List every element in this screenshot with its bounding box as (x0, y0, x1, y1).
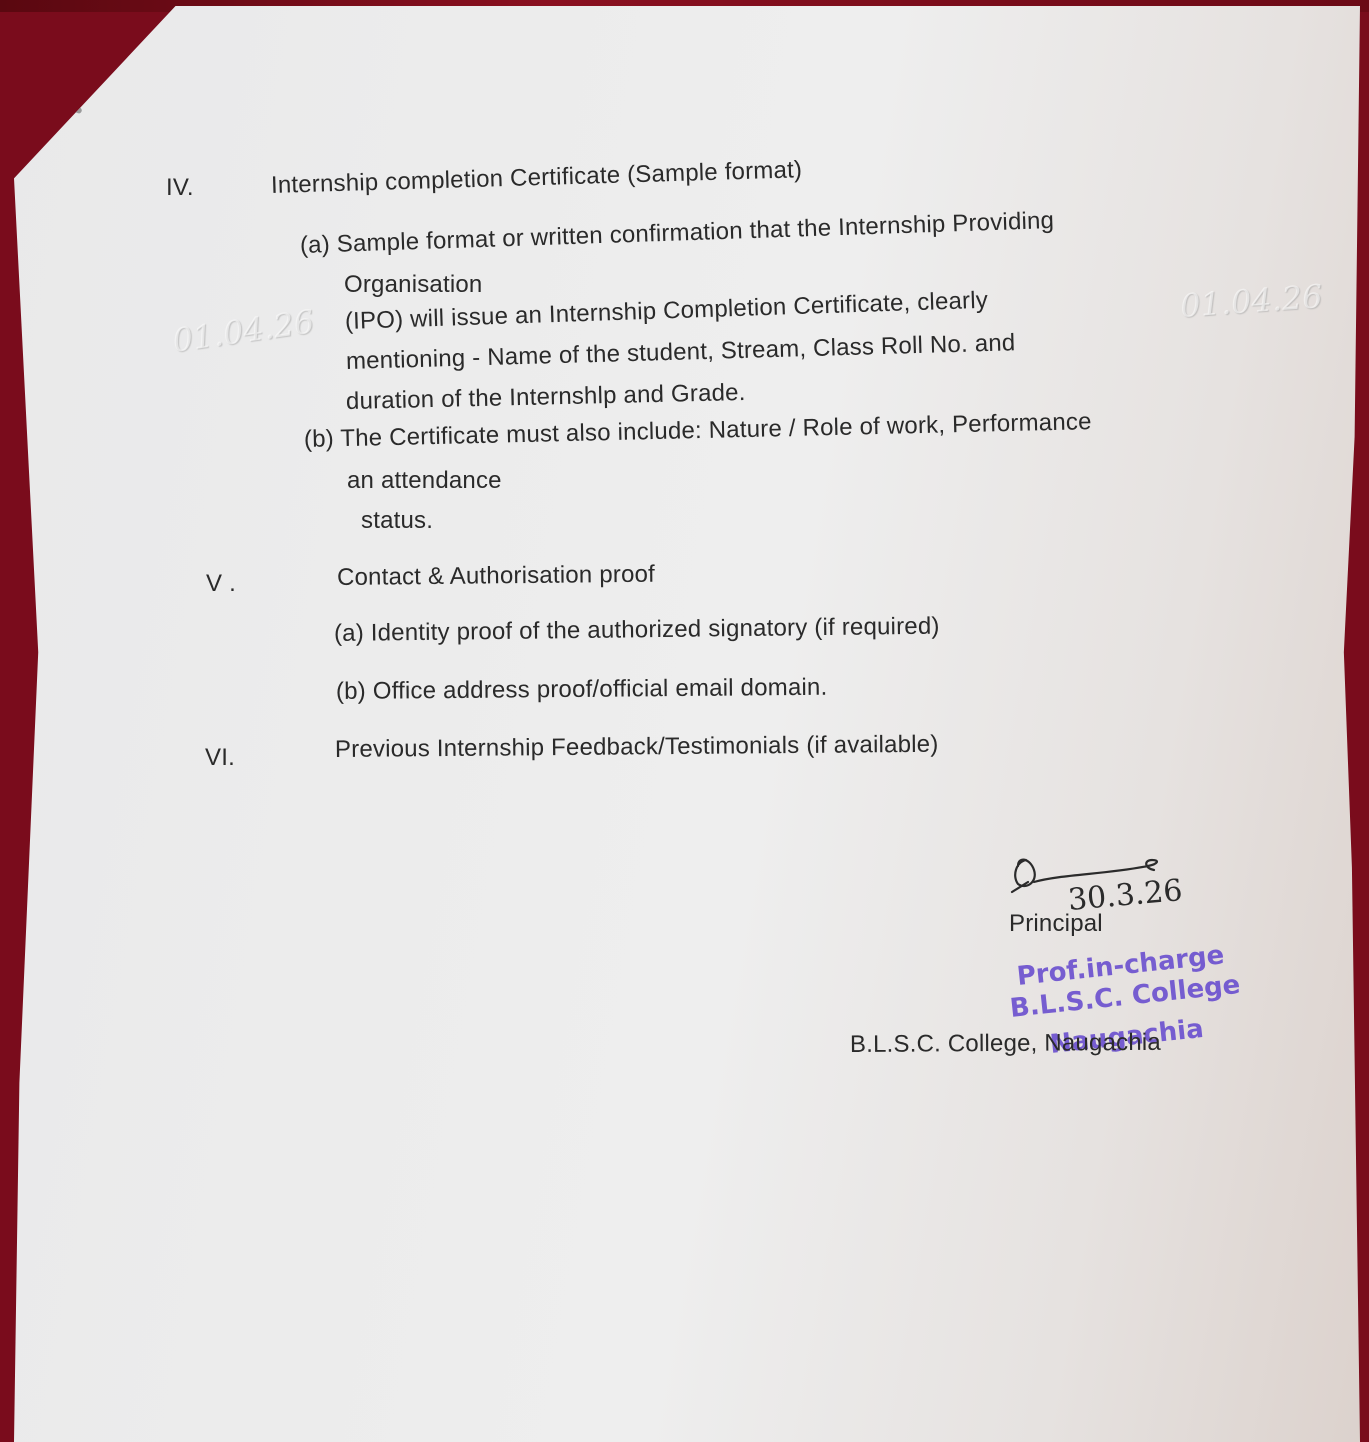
staple-icon (67, 104, 82, 114)
section-iv-a-line-2: Organisation (344, 271, 482, 299)
signature-institution: B.L.S.C. College, Naugachia (850, 1029, 1161, 1059)
section-v-title: Contact & Authorisation proof (337, 561, 655, 592)
section-v-b: (b) Office address proof/official email … (336, 674, 828, 706)
section-vi-numeral: VI. (205, 744, 235, 772)
section-v-numeral: V . (206, 570, 236, 598)
section-iv-b-line-2: an attendance (347, 467, 502, 495)
signature-designation: Principal (1009, 910, 1103, 938)
section-vi-title: Previous Internship Feedback/Testimonial… (335, 731, 939, 764)
section-iv-numeral: IV. (166, 174, 194, 202)
folded-corner (14, 6, 149, 176)
section-iv-b-line-3: status. (361, 507, 433, 535)
